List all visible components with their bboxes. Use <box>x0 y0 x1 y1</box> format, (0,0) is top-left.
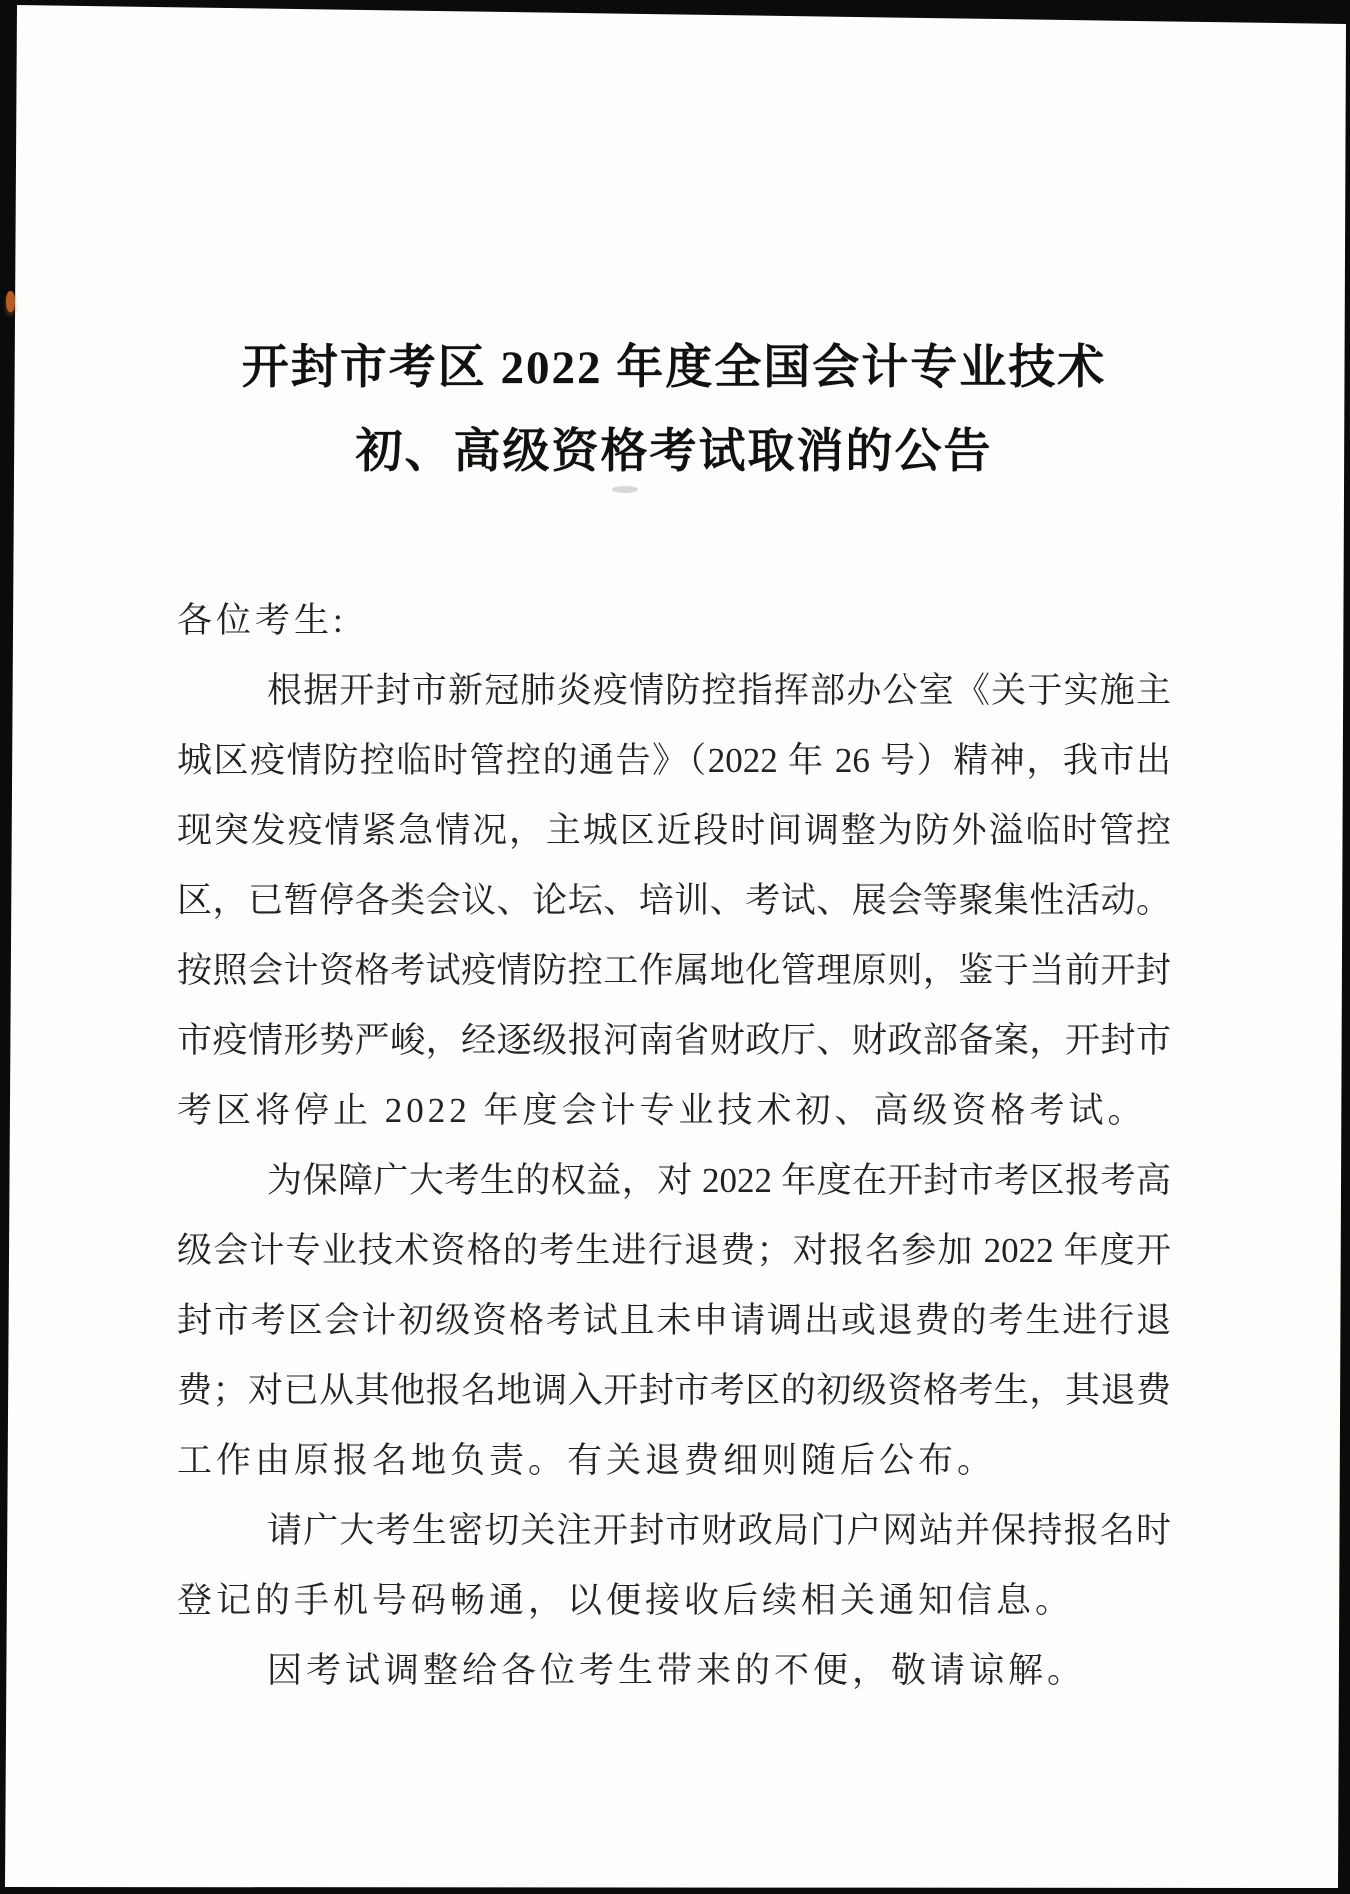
body-text-line: 现突发疫情紧急情况，主城区近段时间调整为防外溢临时管控 <box>177 796 1171 866</box>
document-title-line1: 开封市考区 2022 年度全国会计专业技术 <box>177 326 1171 410</box>
document-body: 各位考生: 根据开封市新冠肺炎疫情防控指挥部办公室《关于实施主 城区疫情防控临时… <box>177 586 1171 1706</box>
body-text-line: 城区疫情防控临时管控的通告》（2022 年 26 号）精神，我市出 <box>177 726 1171 796</box>
document-title: 开封市考区 2022 年度全国会计专业技术 初、高级资格考试取消的公告 <box>177 326 1171 494</box>
document-title-line2: 初、高级资格考试取消的公告 <box>177 410 1171 494</box>
body-text-line: 为保障广大考生的权益，对 2022 年度在开封市考区报考高 <box>177 1146 1171 1216</box>
body-text-line: 封市考区会计初级资格考试且未申请调出或退费的考生进行退 <box>177 1286 1171 1356</box>
body-text-line: 考区将停止 2022 年度会计专业技术初、高级资格考试。 <box>177 1076 1171 1146</box>
body-text-line: 按照会计资格考试疫情防控工作属地化管理原则，鉴于当前开封 <box>177 936 1171 1006</box>
body-text-line: 根据开封市新冠肺炎疫情防控指挥部办公室《关于实施主 <box>177 656 1171 726</box>
body-text-line: 工作由原报名地负责。有关退费细则随后公布。 <box>177 1426 1171 1496</box>
scan-artifact-orange-mark <box>6 291 15 312</box>
body-text-line: 登记的手机号码畅通，以便接收后续相关通知信息。 <box>177 1566 1171 1636</box>
scanned-document-screenshot: { "window": { "width": 1350, "height": 1… <box>0 0 1350 1894</box>
body-text-line: 级会计专业技术资格的考生进行退费；对报名参加 2022 年度开 <box>177 1216 1171 1286</box>
scan-artifact-smudge <box>612 486 638 493</box>
body-text-line: 区，已暂停各类会议、论坛、培训、考试、展会等聚集性活动。 <box>177 866 1171 936</box>
body-text-line: 请广大考生密切关注开封市财政局门户网站并保持报名时 <box>177 1496 1171 1566</box>
salutation-line: 各位考生: <box>177 586 1171 656</box>
body-text-line: 费；对已从其他报名地调入开封市考区的初级资格考生，其退费 <box>177 1356 1171 1426</box>
body-text-line: 因考试调整给各位考生带来的不便，敬请谅解。 <box>177 1636 1171 1706</box>
scanned-page: 开封市考区 2022 年度全国会计专业技术 初、高级资格考试取消的公告 各位考生… <box>0 0 1350 1894</box>
body-text-line: 市疫情形势严峻，经逐级报河南省财政厅、财政部备案，开封市 <box>177 1006 1171 1076</box>
